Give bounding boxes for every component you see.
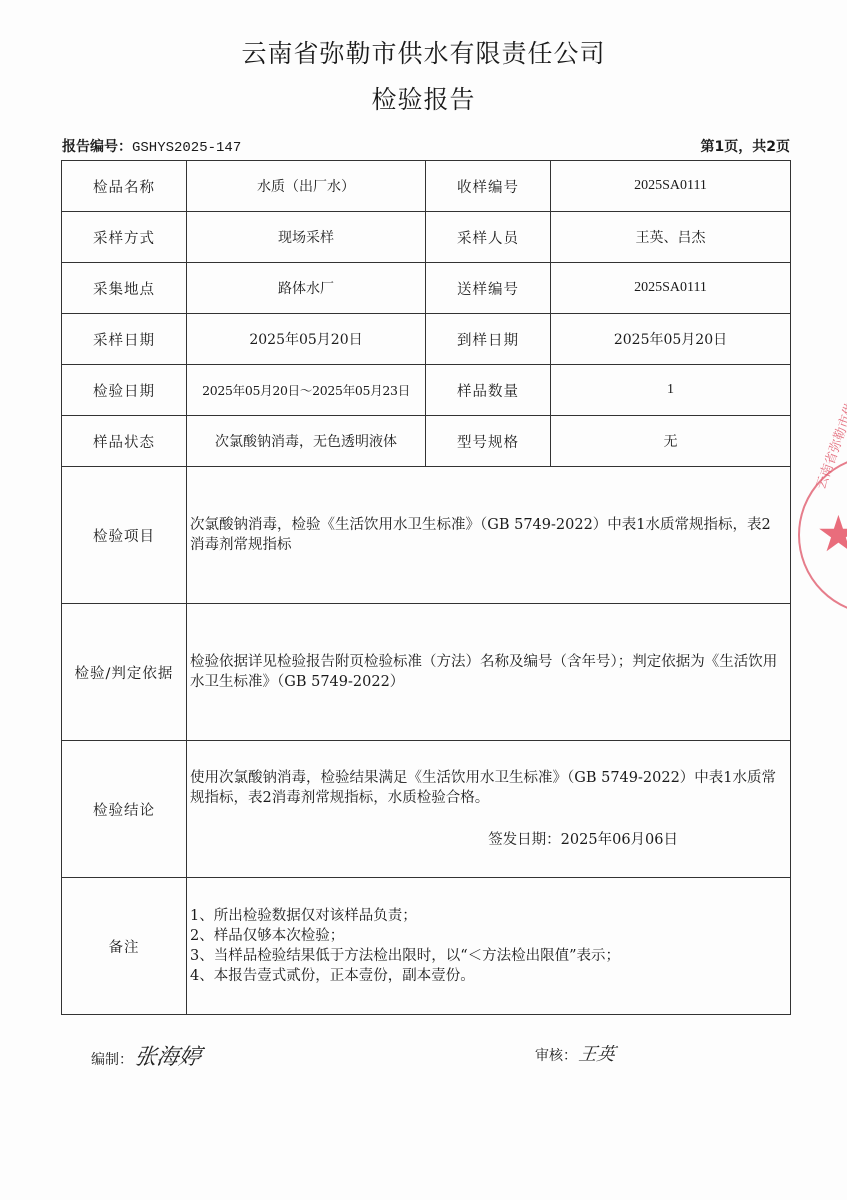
table-row: 检验日期 2025年05月20日～2025年05月23日 样品数量 1 xyxy=(62,365,791,416)
conclusion-text: 使用次氯酸钠消毒，检验结果满足《生活饮用水卫生标准》（GB 5749-2022）… xyxy=(190,770,776,806)
field-value: 2025年05月20日 xyxy=(187,314,426,365)
basis-text: 检验依据详见检验报告附页检验标准（方法）名称及编号（含年号）；判定依据为《生活饮… xyxy=(187,604,791,741)
field-label: 型号规格 xyxy=(426,416,551,467)
field-value: 2025年05月20日～2025年05月23日 xyxy=(187,365,426,416)
field-label: 收样编号 xyxy=(426,161,551,212)
report-number-value: GSHYS2025-147 xyxy=(132,140,241,156)
field-value: 无 xyxy=(551,416,791,467)
report-meta: 报告编号：GSHYS2025-147 第1页，共2页 xyxy=(62,136,790,158)
remarks-cell: 1、所出检验数据仅对该样品负责； 2、样品仅够本次检验； 3、当样品检验结果低于… xyxy=(187,878,791,1015)
table-row: 采样日期 2025年05月20日 到样日期 2025年05月20日 xyxy=(62,314,791,365)
author-sign: 编制：张海婷 xyxy=(91,1040,201,1071)
remark-item: 2、样品仅够本次检验； xyxy=(190,926,782,946)
page-info: 第1页，共2页 xyxy=(701,136,790,156)
inspection-items-text: 次氯酸钠消毒，检验《生活饮用水卫生标准》（GB 5749-2022）中表1水质常… xyxy=(187,467,791,604)
report-number-label: 报告编号： xyxy=(62,139,132,155)
field-value: 现场采样 xyxy=(187,212,426,263)
inspection-items-label: 检验项目 xyxy=(62,467,187,604)
table-row: 检品名称 水质（出厂水） 收样编号 2025SA0111 xyxy=(62,161,791,212)
field-value: 1 xyxy=(551,365,791,416)
field-value: 次氯酸钠消毒，无色透明液体 xyxy=(187,416,426,467)
seal-star-icon: ★ xyxy=(816,509,847,559)
field-label: 到样日期 xyxy=(426,314,551,365)
conclusion-label: 检验结论 xyxy=(62,741,187,878)
field-label: 检验日期 xyxy=(62,365,187,416)
field-label: 采样日期 xyxy=(62,314,187,365)
report-number: 报告编号：GSHYS2025-147 xyxy=(62,136,241,156)
field-value: 王英、吕杰 xyxy=(551,212,791,263)
remark-item: 1、所出检验数据仅对该样品负责； xyxy=(190,906,782,926)
issue-date: 签发日期：2025年06月06日 xyxy=(190,830,782,850)
basis-label: 检验/判定依据 xyxy=(62,604,187,741)
document-title: 检验报告 xyxy=(0,80,847,116)
reviewer-sign: 审核：王英 xyxy=(535,1040,615,1066)
inspection-items-row: 检验项目 次氯酸钠消毒，检验《生活饮用水卫生标准》（GB 5749-2022）中… xyxy=(62,467,791,604)
author-label: 编制： xyxy=(91,1052,133,1068)
basis-row: 检验/判定依据 检验依据详见检验报告附页检验标准（方法）名称及编号（含年号）；判… xyxy=(62,604,791,741)
table-row: 采样方式 现场采样 采样人员 王英、吕杰 xyxy=(62,212,791,263)
field-label: 采集地点 xyxy=(62,263,187,314)
field-label: 样品数量 xyxy=(426,365,551,416)
field-value: 2025SA0111 xyxy=(551,263,791,314)
remarks-label: 备注 xyxy=(62,878,187,1015)
official-seal: 云南省弥勒市供水 ★ xyxy=(798,455,847,615)
remark-item: 4、本报告壹式贰份，正本壹份，副本壹份。 xyxy=(190,966,782,986)
field-value: 路体水厂 xyxy=(187,263,426,314)
field-value: 2025年05月20日 xyxy=(551,314,791,365)
author-signature: 张海婷 xyxy=(133,1040,203,1071)
field-value: 水质（出厂水） xyxy=(187,161,426,212)
table-row: 采集地点 路体水厂 送样编号 2025SA0111 xyxy=(62,263,791,314)
field-value: 2025SA0111 xyxy=(551,161,791,212)
field-label: 检品名称 xyxy=(62,161,187,212)
conclusion-cell: 使用次氯酸钠消毒，检验结果满足《生活饮用水卫生标准》（GB 5749-2022）… xyxy=(187,741,791,878)
reviewer-label: 审核： xyxy=(535,1048,577,1064)
remark-item: 3、当样品检验结果低于方法检出限时，以“＜方法检出限值”表示； xyxy=(190,946,782,966)
field-label: 采样人员 xyxy=(426,212,551,263)
field-label: 送样编号 xyxy=(426,263,551,314)
company-name: 云南省弥勒市供水有限责任公司 xyxy=(0,34,847,70)
remarks-row: 备注 1、所出检验数据仅对该样品负责； 2、样品仅够本次检验； 3、当样品检验结… xyxy=(62,878,791,1015)
report-table: 检品名称 水质（出厂水） 收样编号 2025SA0111 采样方式 现场采样 采… xyxy=(61,160,791,1015)
reviewer-signature: 王英 xyxy=(577,1040,617,1066)
conclusion-row: 检验结论 使用次氯酸钠消毒，检验结果满足《生活饮用水卫生标准》（GB 5749-… xyxy=(62,741,791,878)
seal-text: 云南省弥勒市供水 xyxy=(810,387,847,491)
table-row: 样品状态 次氯酸钠消毒，无色透明液体 型号规格 无 xyxy=(62,416,791,467)
field-label: 样品状态 xyxy=(62,416,187,467)
field-label: 采样方式 xyxy=(62,212,187,263)
